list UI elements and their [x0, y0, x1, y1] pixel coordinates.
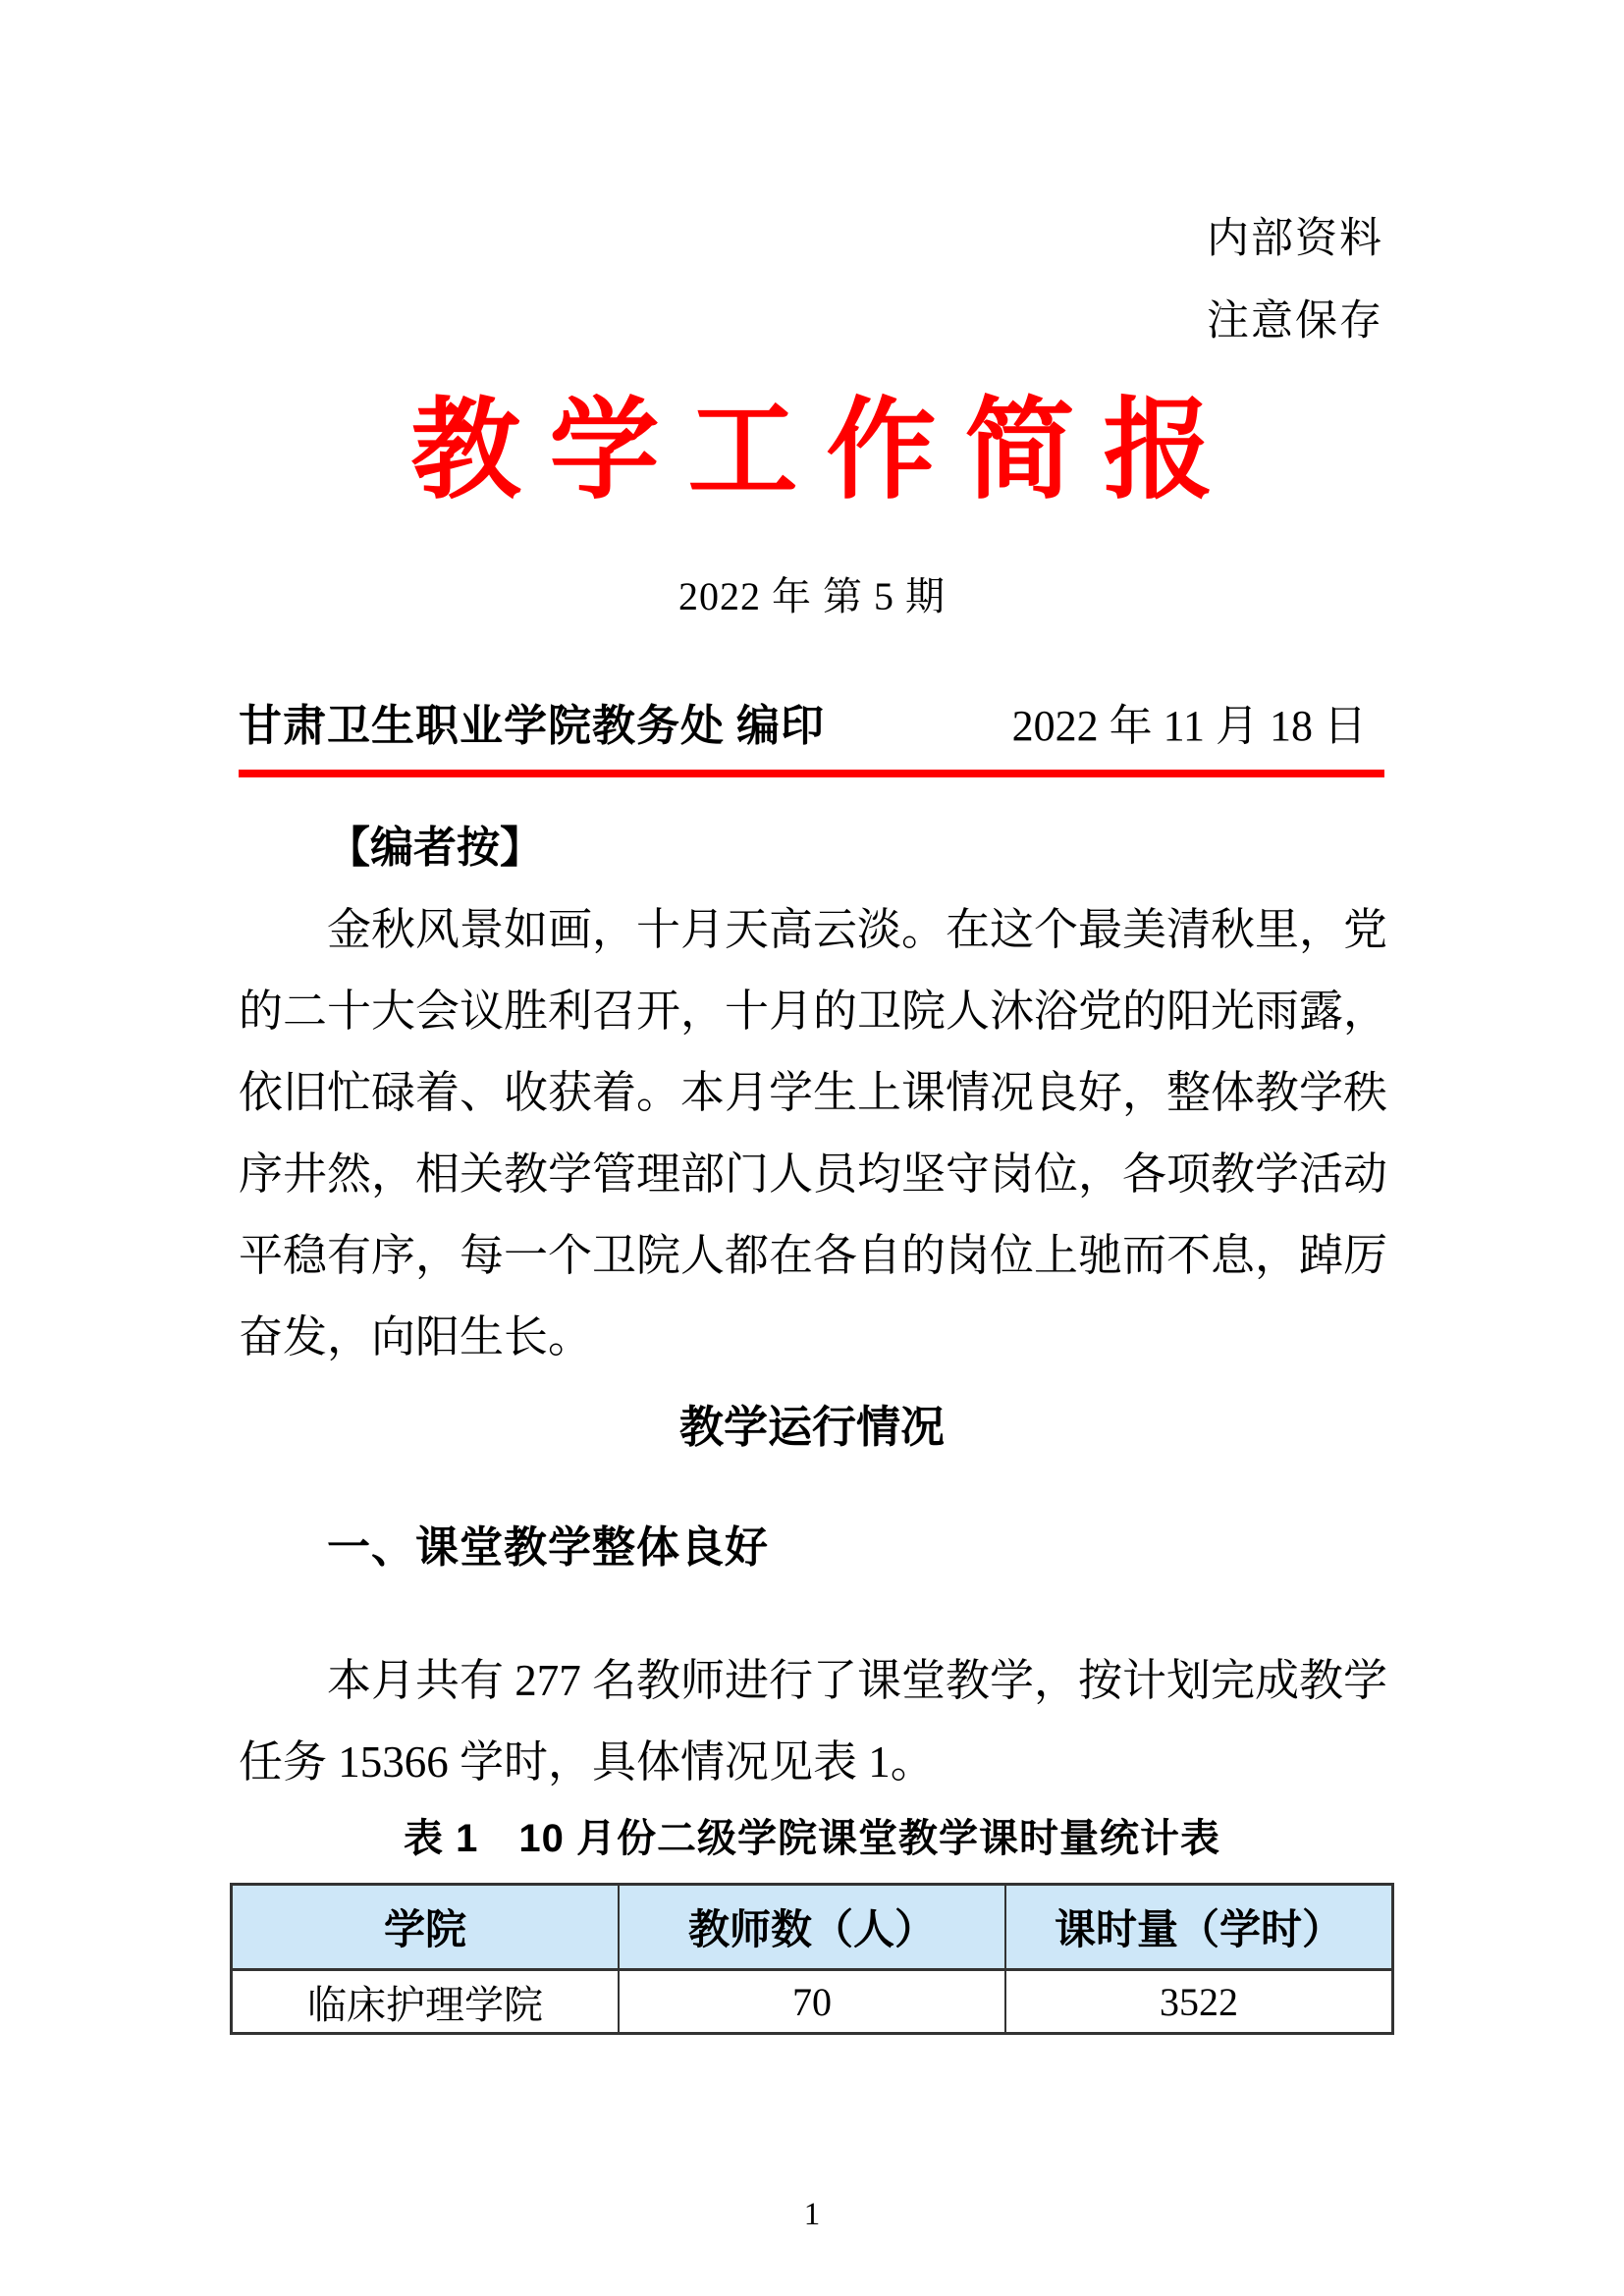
table-caption: 表 1 10 月份二级学院课堂教学课时量统计表 — [0, 1817, 1624, 1860]
stats-table: 学院 教师数（人） 课时量（学时） 临床护理学院 70 3522 — [230, 1883, 1394, 2035]
masthead-row: 甘肃卫生职业学院教务处 编印 2022 年 11 月 18 日 — [239, 701, 1384, 752]
subsection-heading: 一、课堂教学整体良好 — [327, 1524, 769, 1572]
paragraph-line: 本月共有 277 名教师进行了课堂教学，按计划完成教学 — [239, 1640, 1387, 1722]
paragraph-line: 平稳有序，每一个卫院人都在各自的岗位上驰而不息，踔厉 — [239, 1215, 1387, 1297]
classification-line-internal: 内部资料 — [1207, 198, 1383, 281]
document-page: 内部资料 注意保存 教学工作简报 2022 年 第 5 期 甘肃卫生职业学院教务… — [0, 0, 1624, 2296]
col-header-college: 学院 — [232, 1885, 619, 1970]
classification-line-keep: 注意保存 — [1207, 281, 1383, 363]
paragraph-line: 金秋风景如画，十月天高云淡。在这个最美清秋里，党 — [239, 889, 1387, 971]
red-divider-line — [239, 770, 1384, 777]
paragraph-line: 奋发，向阳生长。 — [239, 1297, 1387, 1378]
classification-note: 内部资料 注意保存 — [1207, 198, 1383, 363]
cell-teacher-count: 70 — [619, 1970, 1005, 2034]
publisher-name: 甘肃卫生职业学院教务处 编印 — [239, 701, 825, 752]
document-title: 教学工作简报 — [0, 391, 1624, 513]
cell-college: 临床护理学院 — [232, 1970, 619, 2034]
paragraph-line: 序井然，相关教学管理部门人员均坚守岗位，各项教学活动 — [239, 1134, 1387, 1215]
table-row: 临床护理学院 70 3522 — [232, 1970, 1393, 2034]
publish-date: 2022 年 11 月 18 日 — [1012, 701, 1384, 752]
body-paragraph: 本月共有 277 名教师进行了课堂教学，按计划完成教学 任务 15366 学时，… — [239, 1640, 1387, 1803]
page-number: 1 — [0, 2197, 1624, 2232]
issue-line: 2022 年 第 5 期 — [0, 575, 1624, 618]
editor-note-paragraph: 金秋风景如画，十月天高云淡。在这个最美清秋里，党 的二十大会议胜利召开，十月的卫… — [239, 889, 1387, 1378]
paragraph-line: 任务 15366 学时，具体情况见表 1。 — [239, 1722, 1387, 1803]
paragraph-line: 的二十大会议胜利召开，十月的卫院人沐浴党的阳光雨露， — [239, 971, 1387, 1052]
col-header-teacher-count: 教师数（人） — [619, 1885, 1005, 1970]
section-heading: 教学运行情况 — [0, 1403, 1624, 1452]
editor-note-label: 【编者按】 — [327, 825, 543, 872]
paragraph-line: 依旧忙碌着、收获着。本月学生上课情况良好，整体教学秩 — [239, 1052, 1387, 1134]
table-header-row: 学院 教师数（人） 课时量（学时） — [232, 1885, 1393, 1970]
cell-class-hours: 3522 — [1005, 1970, 1393, 2034]
col-header-class-hours: 课时量（学时） — [1005, 1885, 1393, 1970]
